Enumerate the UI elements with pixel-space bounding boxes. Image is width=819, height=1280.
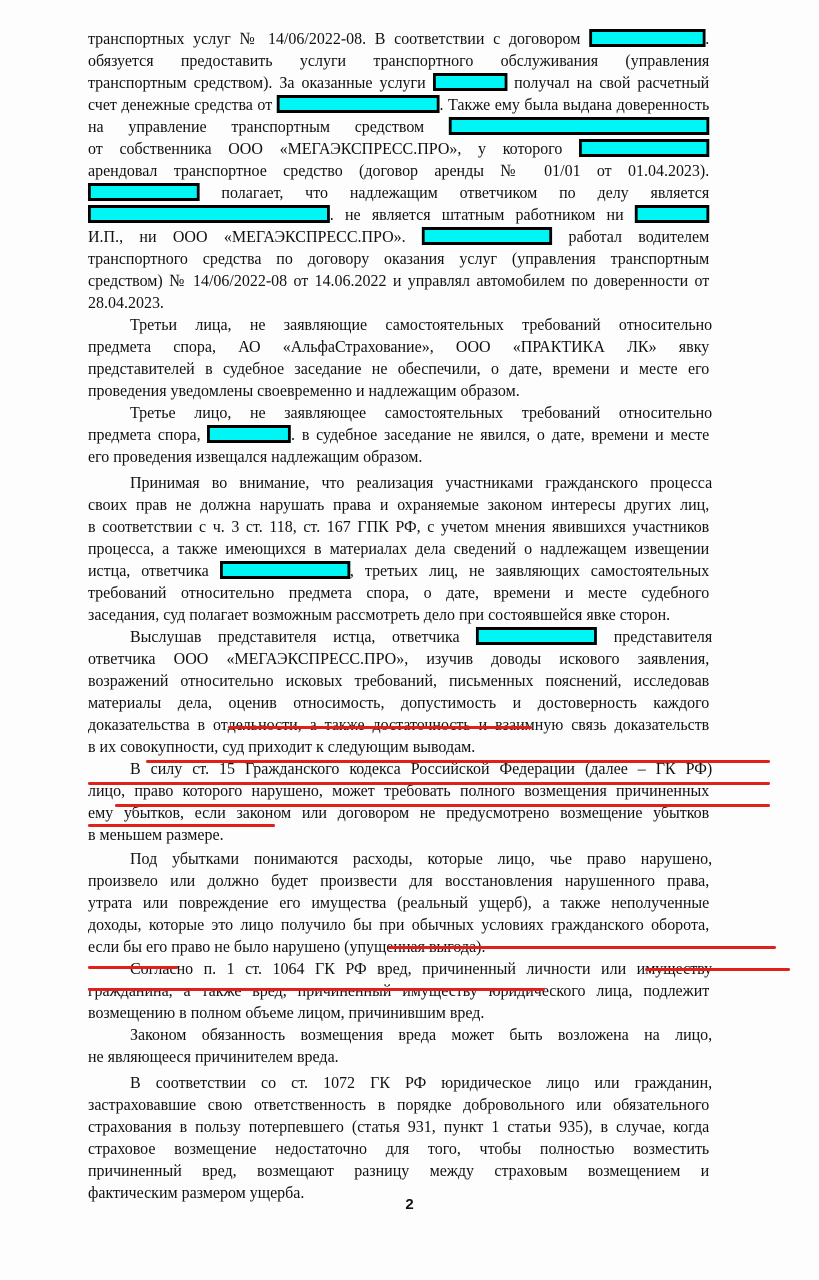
highlight-underline — [645, 968, 790, 971]
text-line: счет денежные средства от . Также ему бы… — [88, 94, 709, 116]
text-segment: истца, ответчика — [88, 561, 220, 580]
text-segment: ответчика ООО «МЕГАЭКСПРЕСС.ПРО», изучив… — [88, 649, 709, 668]
text-line: полагает, что надлежащим ответчиком по д… — [88, 182, 709, 204]
text-segment: страхования в пользу потерпевшего (стать… — [88, 1117, 709, 1136]
redaction-box — [220, 561, 350, 579]
text-line: в меньшем размере. — [88, 824, 709, 846]
text-line: возражений относительно исковых требован… — [88, 670, 709, 692]
highlight-underline — [88, 782, 770, 785]
text-line: его проведения извещался надлежащим обра… — [88, 446, 709, 468]
text-segment: от собственника ООО «МЕГАЭКСПРЕСС.ПРО», … — [88, 139, 579, 158]
text-line: И.П., ни ООО «МЕГАЭКСПРЕСС.ПРО». работал… — [88, 226, 709, 248]
text-line: обязуется предоставить услуги транспортн… — [88, 50, 709, 72]
text-segment: Выслушав представителя истца, ответчика — [130, 627, 476, 646]
text-line: проведения уведомлены своевременно и над… — [88, 380, 709, 402]
text-segment: в соответствии с ч. 3 ст. 118, ст. 167 Г… — [88, 517, 709, 536]
text-line: произвело или должно будет произвести дл… — [88, 870, 709, 892]
text-segment: счет денежные средства от — [88, 95, 277, 114]
text-line: В соответствии со ст. 1072 ГК РФ юридиче… — [130, 1072, 712, 1094]
highlight-underline — [88, 966, 178, 969]
text-line: в их совокупности, суд приходит к следую… — [88, 736, 709, 758]
text-segment: Принимая во внимание, что реализация уча… — [130, 473, 712, 492]
highlight-underline — [88, 988, 545, 991]
highlight-underline — [115, 804, 770, 807]
text-segment: процесса, а также имеющихся в материалах… — [88, 539, 709, 558]
redaction-box — [579, 139, 709, 157]
highlight-underline — [88, 824, 275, 827]
text-line: истца, ответчика , третьих лиц, не заявл… — [88, 560, 709, 582]
text-line: Законом обязанность возмещения вреда мож… — [130, 1024, 712, 1046]
text-segment: В соответствии со ст. 1072 ГК РФ юридиче… — [130, 1073, 712, 1092]
text-line: транспортным средством). За оказанные ус… — [88, 72, 709, 94]
text-segment: получал на свой расчетный — [507, 73, 709, 92]
text-segment: Третье лицо, не заявляющее самостоятельн… — [130, 403, 712, 422]
text-line: страховое возмещение недостаточно для то… — [88, 1138, 709, 1160]
text-segment: заседания, суд полагает возможным рассмо… — [88, 605, 670, 624]
text-segment: его проведения извещался надлежащим обра… — [88, 447, 422, 466]
text-line: процесса, а также имеющихся в материалах… — [88, 538, 709, 560]
text-line: ответчика ООО «МЕГАЭКСПРЕСС.ПРО», изучив… — [88, 648, 709, 670]
text-line: Согласно п. 1 ст. 1064 ГК РФ вред, причи… — [130, 958, 712, 980]
text-line: материалы дела, оценив относимость, допу… — [88, 692, 709, 714]
text-line: застраховавшие свою ответственность в по… — [88, 1094, 709, 1116]
redaction-box — [589, 29, 705, 47]
text-segment: возражений относительно исковых требован… — [88, 671, 709, 690]
text-line: требований относительно предмета спора, … — [88, 582, 709, 604]
redaction-box — [88, 205, 330, 223]
text-line: своих прав не должна нарушать права и ох… — [88, 494, 709, 516]
redaction-box — [207, 425, 291, 443]
text-line: заседания, суд полагает возможным рассмо… — [88, 604, 709, 626]
text-segment: в меньшем размере. — [88, 825, 224, 844]
text-segment: , третьих лиц, не заявляющих самостоятел… — [350, 561, 709, 580]
text-segment: И.П., ни ООО «МЕГАЭКСПРЕСС.ПРО». — [88, 227, 422, 246]
text-segment: страховое возмещение недостаточно для то… — [88, 1139, 709, 1158]
text-segment: . Также ему была выдана доверенность — [439, 95, 709, 114]
text-segment: произвело или должно будет произвести дл… — [88, 871, 709, 890]
text-line: утрата или повреждение его имущества (ре… — [88, 892, 709, 914]
text-line: предмета спора, . в судебное заседание н… — [88, 424, 709, 446]
text-line: не являющееся причинителем вреда. — [88, 1046, 709, 1068]
text-line: страхования в пользу потерпевшего (стать… — [88, 1116, 709, 1138]
redaction-box — [422, 227, 552, 245]
redaction-box — [277, 95, 440, 113]
redaction-box — [635, 205, 709, 223]
text-segment: на управление транспортным средством — [88, 117, 449, 136]
text-segment: представителя — [597, 627, 712, 646]
text-line: в соответствии с ч. 3 ст. 118, ст. 167 Г… — [88, 516, 709, 538]
document-page: транспортных услуг № 14/06/2022-08. В со… — [0, 0, 819, 1280]
text-segment: представителей в судебное заседание не о… — [88, 359, 709, 378]
text-line: предмета спора, АО «АльфаСтрахование», О… — [88, 336, 709, 358]
text-segment: транспортным средством). За оказанные ус… — [88, 73, 433, 92]
text-line: 28.04.2023. — [88, 292, 709, 314]
text-segment: полагает, что надлежащим ответчиком по д… — [200, 183, 710, 202]
text-line: средством) № 14/06/2022-08 от 14.06.2022… — [88, 270, 709, 292]
text-line: Третье лицо, не заявляющее самостоятельн… — [130, 402, 712, 424]
text-segment: арендовал транспортное средство (договор… — [88, 161, 709, 180]
text-segment: проведения уведомлены своевременно и над… — [88, 381, 520, 400]
redaction-box — [433, 73, 507, 91]
text-segment: своих прав не должна нарушать права и ох… — [88, 495, 709, 514]
redaction-box — [476, 627, 597, 645]
text-segment: Под убытками понимаются расходы, которые… — [130, 849, 712, 868]
text-segment: средством) № 14/06/2022-08 от 14.06.2022… — [88, 271, 709, 290]
text-line: Принимая во внимание, что реализация уча… — [130, 472, 712, 494]
text-segment: транспортных услуг № 14/06/2022-08. В со… — [88, 29, 589, 48]
text-segment: требований относительно предмета спора, … — [88, 583, 709, 602]
text-segment: Законом обязанность возмещения вреда мож… — [130, 1025, 712, 1044]
text-line: Под убытками понимаются расходы, которые… — [130, 848, 712, 870]
text-segment: предмета спора, — [88, 425, 207, 444]
redaction-box — [449, 117, 709, 135]
text-segment: доходы, которые это лицо получило бы при… — [88, 915, 709, 934]
text-line: Третьи лица, не заявляющие самостоятельн… — [130, 314, 712, 336]
text-line: от собственника ООО «МЕГАЭКСПРЕСС.ПРО», … — [88, 138, 709, 160]
text-segment: работал водителем — [552, 227, 709, 246]
text-line: гражданина, а также вред, причиненный им… — [88, 980, 709, 1002]
text-segment: . — [705, 29, 709, 48]
text-line: . не является штатным работником ни — [88, 204, 709, 226]
text-segment: . не является штатным работником ни — [330, 205, 635, 224]
text-segment: транспортного средства по договору оказа… — [88, 249, 709, 268]
text-line: возмещению в полном объеме лицом, причин… — [88, 1002, 709, 1024]
text-segment: не являющееся причинителем вреда. — [88, 1047, 339, 1066]
text-segment: причиненный вред, возмещают разницу межд… — [88, 1161, 709, 1180]
text-line: доказательства в отдельности, а также до… — [88, 714, 709, 736]
text-segment: в их совокупности, суд приходит к следую… — [88, 737, 475, 756]
redaction-box — [88, 183, 200, 201]
text-line: арендовал транспортное средство (договор… — [88, 160, 709, 182]
highlight-underline — [228, 726, 532, 729]
highlight-underline — [146, 760, 770, 763]
text-segment: доказательства в отдельности, а также до… — [88, 715, 709, 734]
text-segment: застраховавшие свою ответственность в по… — [88, 1095, 709, 1114]
page-number: 2 — [0, 1196, 819, 1213]
text-line: транспортных услуг № 14/06/2022-08. В со… — [88, 28, 709, 50]
text-segment: Согласно п. 1 ст. 1064 ГК РФ вред, причи… — [130, 959, 712, 978]
text-line: Выслушав представителя истца, ответчика … — [130, 626, 712, 648]
text-line: транспортного средства по договору оказа… — [88, 248, 709, 270]
text-segment: возмещению в полном объеме лицом, причин… — [88, 1003, 484, 1022]
text-segment: материалы дела, оценив относимость, допу… — [88, 693, 709, 712]
highlight-underline — [388, 946, 776, 949]
text-line: на управление транспортным средством — [88, 116, 709, 138]
text-line: причиненный вред, возмещают разницу межд… — [88, 1160, 709, 1182]
text-line: доходы, которые это лицо получило бы при… — [88, 914, 709, 936]
text-segment: . в судебное заседание не явился, о дате… — [291, 425, 709, 444]
text-segment: предмета спора, АО «АльфаСтрахование», О… — [88, 337, 709, 356]
text-line: представителей в судебное заседание не о… — [88, 358, 709, 380]
text-segment: 28.04.2023. — [88, 293, 164, 312]
text-segment: утрата или повреждение его имущества (ре… — [88, 893, 709, 912]
text-segment: Третьи лица, не заявляющие самостоятельн… — [130, 315, 712, 334]
text-segment: обязуется предоставить услуги транспортн… — [88, 51, 709, 70]
